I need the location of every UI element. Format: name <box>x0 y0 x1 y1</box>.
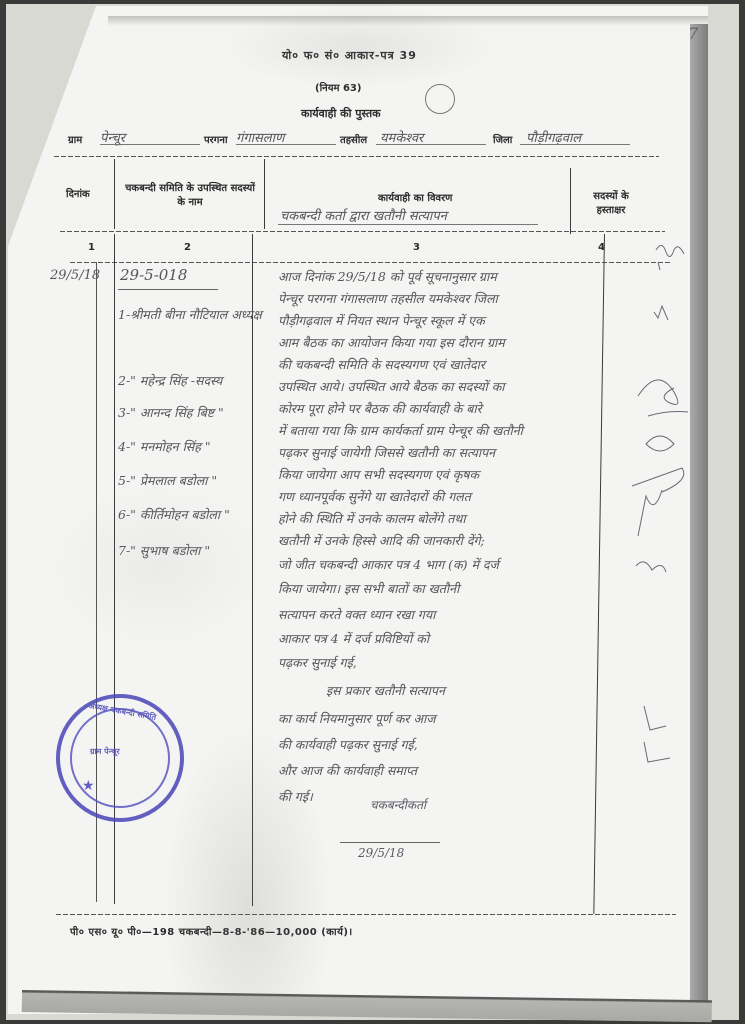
proceedings-line: खतौनी में उनके हिस्से आदि की जानकारी दें… <box>278 532 485 549</box>
col-header-members: चकबन्दी समिति के उपस्थित सदस्यों के नाम <box>120 182 260 210</box>
col-header-proceedings: कार्यवाही का विवरण <box>378 192 452 206</box>
col-header-date: दिनांक <box>66 188 90 202</box>
proceedings-line: की गई। <box>278 788 313 805</box>
stamp-outer-text: अध्यक्ष चकबन्दी समिति <box>88 700 157 723</box>
table-bottom-rule <box>56 914 676 915</box>
signature-scribbles <box>608 226 698 786</box>
member-item: 3-" आनन्द सिंह बिष्ट " <box>118 404 224 421</box>
proceedings-line: किया जायेगा। इस सभी बातों का खतौनी <box>278 580 459 597</box>
proceedings-line: उपस्थित आये। उपस्थित आये बैठक का सदस्यों… <box>278 378 505 395</box>
member-item: 6-" कीर्तिमोहन बडोला " <box>118 506 230 523</box>
initial-mark <box>425 84 455 114</box>
form-number: यो० फ० सं० आकार-पत्र 39 <box>282 48 417 63</box>
proceedings-line: जो जीत चकबन्दी आकार पत्र 4 भाग (क) में द… <box>278 556 499 573</box>
member-item: 5-" प्रेमलाल बडोला " <box>118 472 217 489</box>
proceedings-line: पढ़कर सुनाई गई, <box>278 654 357 671</box>
proceedings-line: की कार्यवाही पढ़कर सुनाई गई, <box>278 736 418 753</box>
table-top-rule <box>54 156 659 157</box>
proceedings-line: की चकबन्दी समिति के सदस्यगण एवं खातेदार <box>278 356 485 373</box>
top-edge-shadow <box>108 16 718 26</box>
meeting-date-underline <box>118 289 218 290</box>
meeting-date: 29-5-018 <box>120 266 187 284</box>
form-title: कार्यवाही की पुस्तक <box>301 106 381 121</box>
entry-date: 29/5/18 <box>50 268 100 283</box>
col-divider-3-header <box>570 168 571 234</box>
proceedings-line: इस प्रकार खतौनी सत्यापन <box>326 682 445 699</box>
rule-reference: (नियम 63) <box>315 80 361 94</box>
tehsil-underline <box>376 144 486 145</box>
proceedings-line: आज दिनांक 29/5/18 को पूर्व सूचनानुसार ग्… <box>278 268 497 285</box>
header-bottom-rule <box>60 231 665 232</box>
member-item: 7-" सुभाष बडोला " <box>118 542 210 559</box>
proceedings-line: में बताया गया कि ग्राम कार्यकर्ता ग्राम … <box>278 422 523 439</box>
signature-underline <box>340 842 440 843</box>
col-header-signatures: सदस्यों के हस्ताक्षर <box>586 190 636 218</box>
col-divider-3 <box>593 234 605 914</box>
pargana-label: परगना <box>204 132 228 146</box>
district-underline <box>520 144 630 145</box>
proceedings-line: पौड़ीगढ़वाल में नियत स्थान पेन्चूर स्कूल… <box>278 312 485 329</box>
col-divider-2-header <box>264 159 265 229</box>
pargana-underline <box>236 144 336 145</box>
col-divider-2 <box>252 234 253 906</box>
printer-imprint: पी० एस० यू० पी०—198 चकबन्दी—8-8-'86—10,0… <box>70 924 353 938</box>
star-icon: ★ <box>82 778 95 794</box>
member-item: 2-" महेन्द्र सिंह -सदस्य <box>118 372 222 389</box>
official-stamp: अध्यक्ष चकबन्दी समिति ग्राम पेन्चूर ★ <box>56 694 184 822</box>
number-row-rule <box>70 262 670 263</box>
col-number-4: 4 <box>598 242 605 253</box>
col-number-3: 3 <box>413 242 420 253</box>
stamp-inner-text: ग्राम पेन्चूर <box>90 746 120 757</box>
officer-signature: चकबन्दीकर्ता <box>370 796 426 813</box>
proceedings-line: आकार पत्र 4 में दर्ज प्रविष्टियों को <box>278 630 429 647</box>
member-item: 4-" मनमोहन सिंह " <box>118 438 211 455</box>
tehsil-label: तहसील <box>340 132 367 146</box>
document-page: 7 यो० फ० सं० आकार-पत्र 39 (नियम 63) कार्… <box>8 6 708 1014</box>
proceedings-line: कोरम पूरा होने पर बैठक की कार्यवाही के ब… <box>278 400 482 417</box>
proceedings-line: आम बैठक का आयोजन किया गया इस दौरान ग्राम <box>278 334 505 351</box>
proceedings-line: पेन्चूर परगना गंगासलाण तहसील यमकेश्वर जि… <box>278 290 498 307</box>
subject-underline <box>278 224 538 225</box>
village-underline <box>100 144 200 145</box>
col-number-2: 2 <box>184 242 191 253</box>
district-label: जिला <box>493 132 512 146</box>
member-item: 1-श्रीमती बीना नौटियाल अध्यक्ष <box>118 306 262 323</box>
signature-date: 29/5/18 <box>358 846 404 860</box>
col-number-1: 1 <box>88 242 95 253</box>
village-label: ग्राम <box>68 132 82 146</box>
proceedings-line: और आज की कार्यवाही समाप्त <box>278 762 417 779</box>
proceedings-line: का कार्य नियमानुसार पूर्ण कर आज <box>278 710 436 727</box>
col-divider-1-header <box>114 159 115 229</box>
proceedings-line: सत्यापन करते वक्त ध्यान रखा गया <box>278 606 435 623</box>
proceedings-subject: चकबन्दी कर्ता द्वारा खतौनी सत्यापन <box>280 206 447 224</box>
proceedings-line: पढ़कर सुनाई जायेगी जिससे खतौनी का सत्याप… <box>278 444 495 461</box>
proceedings-line: होने की स्थिति में उनके कालम बोलेंगे तथा <box>278 510 466 527</box>
proceedings-line: गण ध्यानपूर्वक सुनेंगे या खातेदारों की ग… <box>278 488 471 505</box>
proceedings-line: किया जायेगा आप सभी सदस्यगण एवं कृषक <box>278 466 479 483</box>
